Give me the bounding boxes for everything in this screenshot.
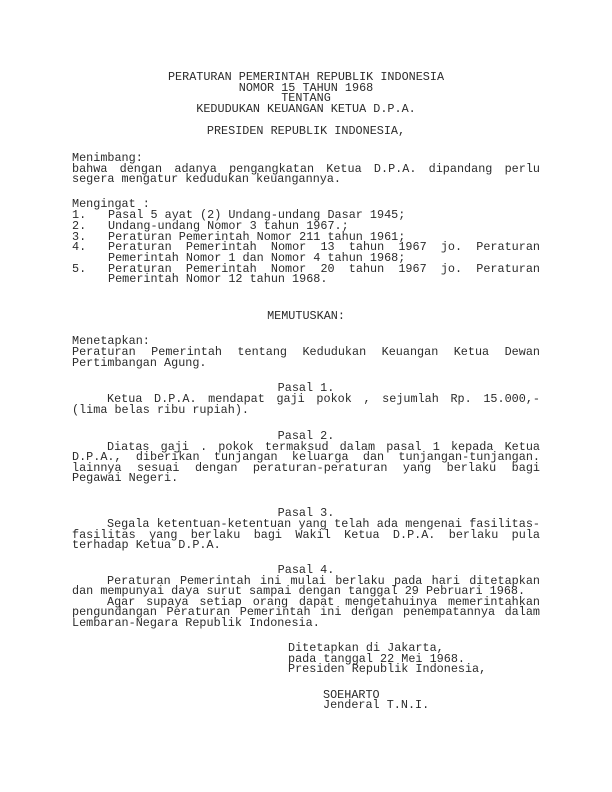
pasal-3-text-line: terhadap Ketua D.P.A. xyxy=(72,540,221,551)
signatory-rank: Jenderal T.N.I. xyxy=(323,700,429,711)
regulation-subject: KEDUDUKAN KEUANGAN KETUA D.P.A. xyxy=(72,104,540,115)
president-heading: PRESIDEN REPUBLIK INDONESIA, xyxy=(72,126,540,137)
pasal-2-text-line: Pegawai Negeri. xyxy=(72,473,178,484)
menimbang-text-line: segera mengatur kedudukan keuangannya. xyxy=(72,174,341,185)
list-item-text: Pemerintah Nomor 12 tahun 1968. xyxy=(108,274,327,285)
list-item-number: 5. xyxy=(72,264,86,275)
memutuskan-heading: MEMUTUSKAN: xyxy=(72,311,540,322)
list-item-number: 4. xyxy=(72,242,86,253)
menetapkan-text-line: Pertimbangan Agung. xyxy=(72,358,207,369)
signature-office: Presiden Republik Indonesia, xyxy=(288,664,486,675)
pasal-4-text-line: Lembaran-Negara Republik Indonesia. xyxy=(72,618,320,629)
pasal-1-text-line: (lima belas ribu rupiah). xyxy=(72,405,249,416)
document-page: PERATURAN PEMERINTAH REPUBLIK INDONESIA … xyxy=(0,0,612,792)
